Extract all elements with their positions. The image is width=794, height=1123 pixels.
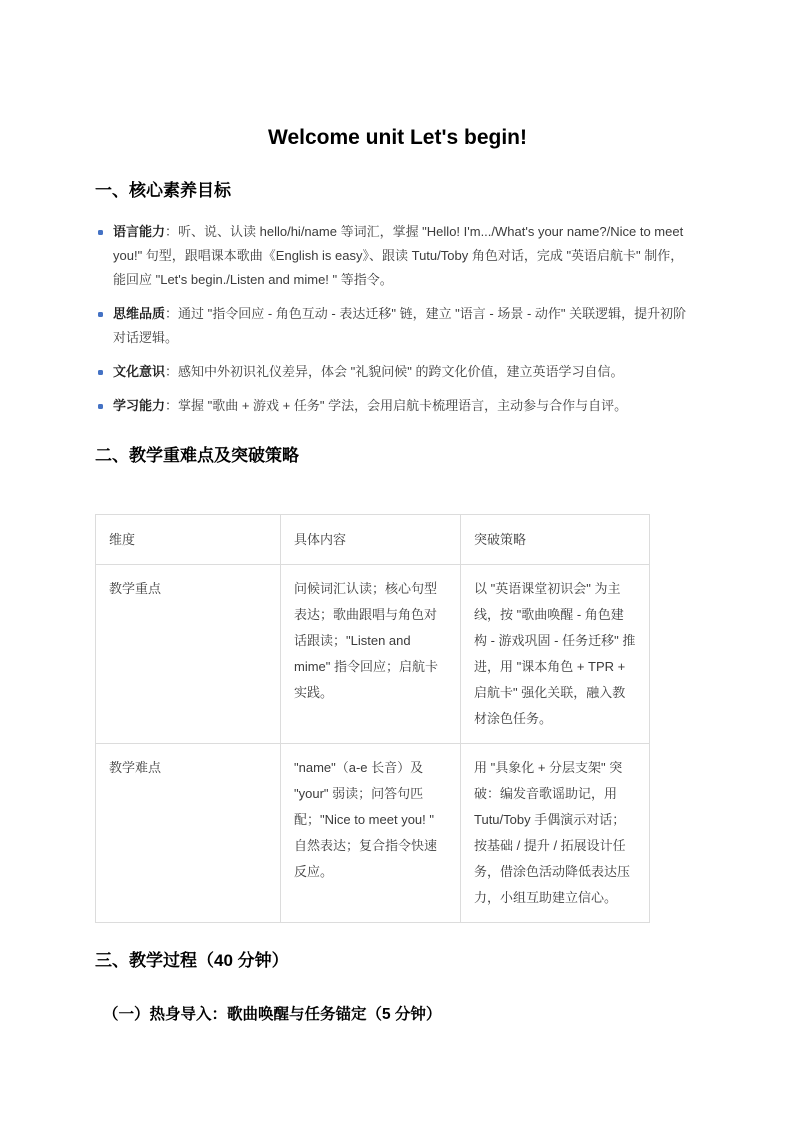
list-item: 文化意识：感知中外初识礼仪差异，体会 "礼貌问候" 的跨文化价值，建立英语学习自… xyxy=(95,360,700,384)
table-header-row: 维度 具体内容 突破策略 xyxy=(96,515,650,565)
goal-label: 思维品质 xyxy=(113,306,165,321)
cell-content: 问候词汇认读；核心句型表达；歌曲跟唱与角色对话跟读；"Listen and mi… xyxy=(281,565,461,744)
bullet-dot-icon xyxy=(98,404,103,409)
section-2-heading: 二、教学重难点及突破策略 xyxy=(95,444,700,468)
section-3-heading: 三、教学过程（40 分钟） xyxy=(95,949,700,973)
cell-content: "name"（a-e 长音）及 "your" 弱读；问答句匹配；"Nice to… xyxy=(281,744,461,923)
goal-text: ：掌握 "歌曲 + 游戏 + 任务" 学法，会用启航卡梳理语言，主动参与合作与自… xyxy=(165,398,627,413)
goal-label: 学习能力 xyxy=(113,398,165,413)
goal-label: 文化意识 xyxy=(113,364,165,379)
col-header-strategy: 突破策略 xyxy=(461,515,650,565)
bullet-dot-icon xyxy=(98,230,103,235)
document-page: Welcome unit Let's begin! 一、核心素养目标 语言能力：… xyxy=(0,0,794,1123)
goal-text: ：听、说、认读 hello/hi/name 等词汇，掌握 "Hello! I'm… xyxy=(113,224,683,287)
table-row: 教学重点 问候词汇认读；核心句型表达；歌曲跟唱与角色对话跟读；"Listen a… xyxy=(96,565,650,744)
cell-strategy: 以 "英语课堂初识会" 为主线，按 "歌曲唤醒 - 角色建构 - 游戏巩固 - … xyxy=(461,565,650,744)
key-points-table: 维度 具体内容 突破策略 教学重点 问候词汇认读；核心句型表达；歌曲跟唱与角色对… xyxy=(95,514,650,923)
page-title: Welcome unit Let's begin! xyxy=(95,125,700,151)
subsection-1-heading: （一）热身导入：歌曲唤醒与任务锚定（5 分钟） xyxy=(103,1004,700,1026)
table-row: 教学难点 "name"（a-e 长音）及 "your" 弱读；问答句匹配；"Ni… xyxy=(96,744,650,923)
core-goals-list: 语言能力：听、说、认读 hello/hi/name 等词汇，掌握 "Hello!… xyxy=(95,220,700,418)
cell-strategy: 用 "具象化 + 分层支架" 突破：编发音歌谣助记，用 Tutu/Toby 手偶… xyxy=(461,744,650,923)
list-item: 学习能力：掌握 "歌曲 + 游戏 + 任务" 学法，会用启航卡梳理语言，主动参与… xyxy=(95,394,700,418)
bullet-dot-icon xyxy=(98,370,103,375)
goal-text: ：感知中外初识礼仪差异，体会 "礼貌问候" 的跨文化价值，建立英语学习自信。 xyxy=(165,364,623,379)
col-header-content: 具体内容 xyxy=(281,515,461,565)
cell-dimension: 教学重点 xyxy=(96,565,281,744)
goal-text: ：通过 "指令回应 - 角色互动 - 表达迁移" 链，建立 "语言 - 场景 -… xyxy=(113,306,686,345)
goal-label: 语言能力 xyxy=(113,224,165,239)
cell-dimension: 教学难点 xyxy=(96,744,281,923)
section-1-heading: 一、核心素养目标 xyxy=(95,179,700,203)
col-header-dimension: 维度 xyxy=(96,515,281,565)
list-item: 思维品质：通过 "指令回应 - 角色互动 - 表达迁移" 链，建立 "语言 - … xyxy=(95,302,700,350)
bullet-dot-icon xyxy=(98,312,103,317)
list-item: 语言能力：听、说、认读 hello/hi/name 等词汇，掌握 "Hello!… xyxy=(95,220,700,292)
